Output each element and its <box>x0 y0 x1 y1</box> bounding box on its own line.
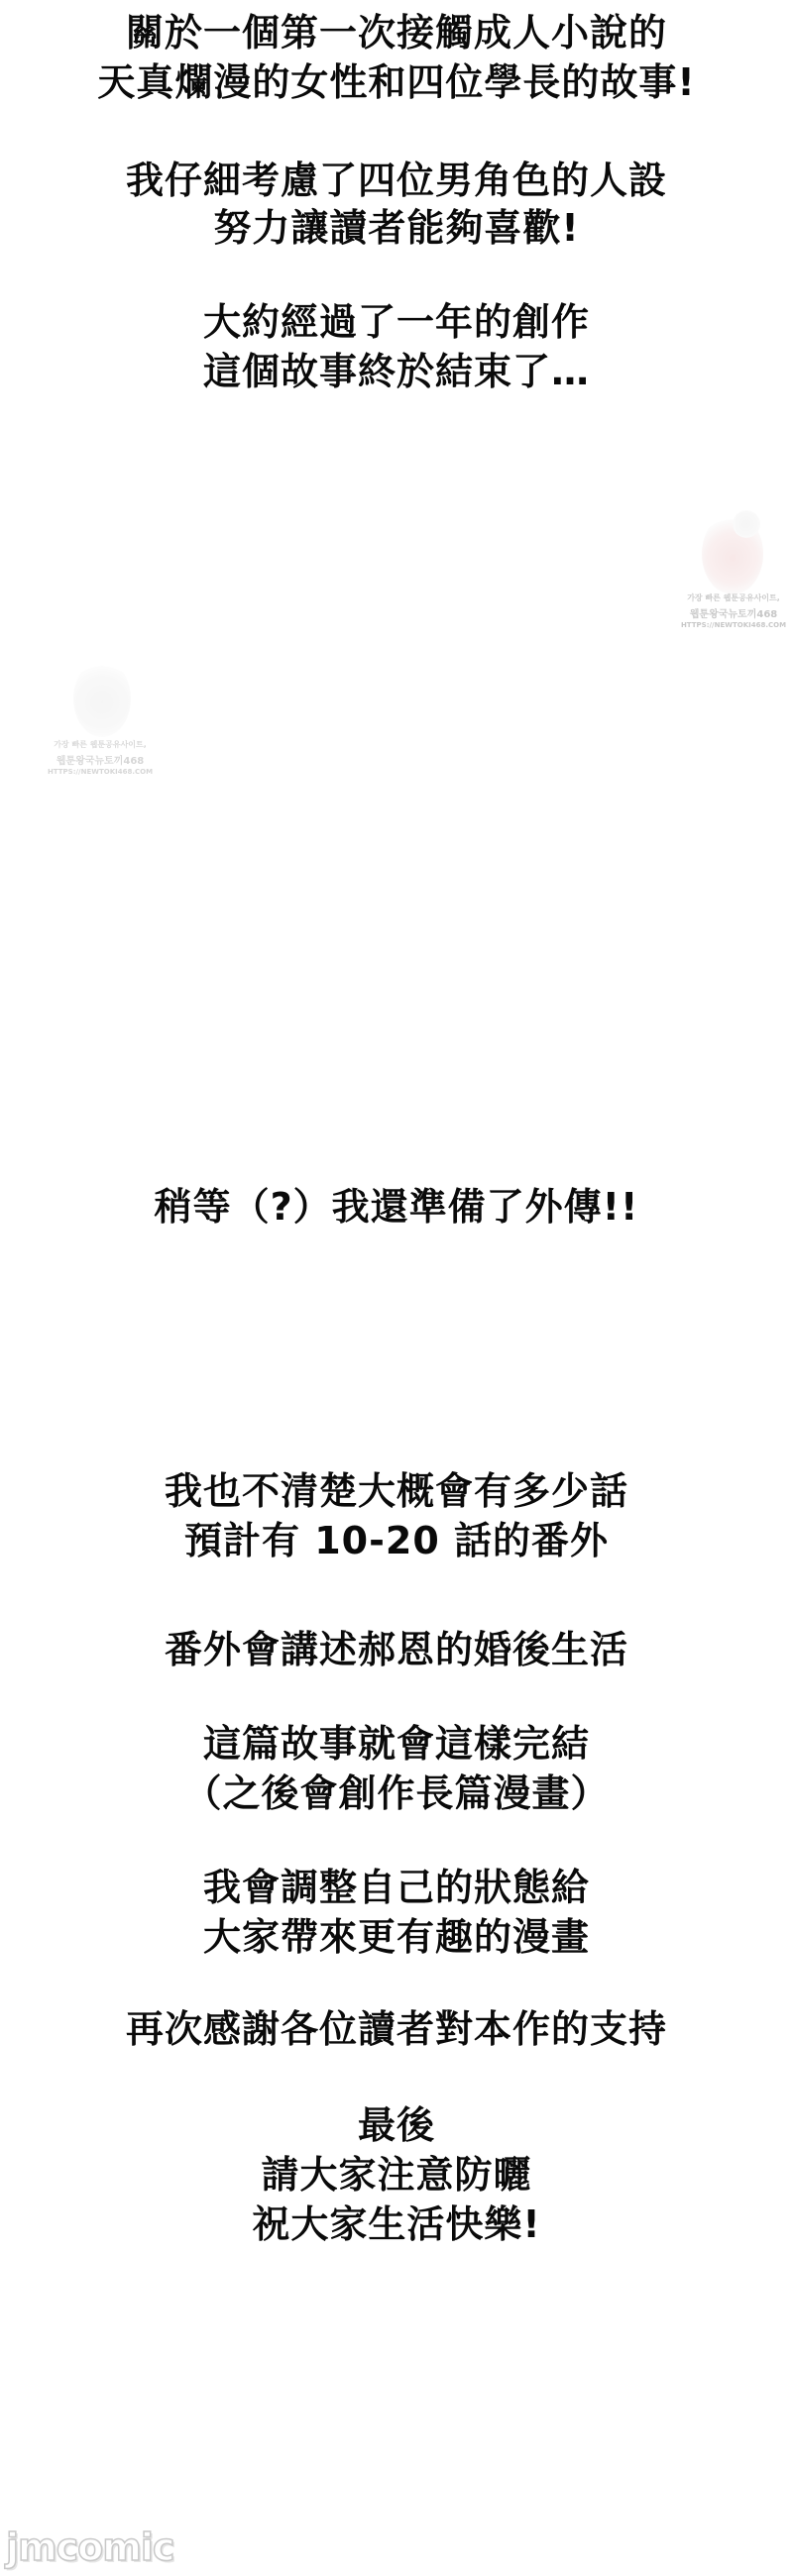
episodes-line-1: 我也不清楚大概會有多少話 <box>0 1466 793 1516</box>
final-line-2: 請大家注意防曬 <box>0 2150 793 2200</box>
content-line: 番外會講述郝恩的婚後生活 <box>0 1625 793 1674</box>
final-line-1: 最後 <box>0 2100 793 2150</box>
watermark-right-line-2: 웹툰왕국뉴토끼468 <box>680 605 787 620</box>
watermark-right: 가장 빠른 웹툰공유사이트, 웹툰왕국뉴토끼468 HTTPS://NEWTOK… <box>680 503 787 647</box>
watermark-left: 가장 빠른 웹툰공유사이트, 웹툰왕국뉴토끼468 HTTPS://NEWTOK… <box>46 654 155 793</box>
finish-line-1: 這篇故事就會這樣完結 <box>0 1719 793 1769</box>
characters-line-1: 我仔細考慮了四位男角色的人設 <box>0 156 793 205</box>
characters-line-2: 努力讓讀者能夠喜歡! <box>0 203 793 253</box>
improve-line-2: 大家帶來更有趣的漫畫 <box>0 1912 793 1962</box>
watermark-left-line-1: 가장 빠른 웹툰공유사이트, <box>46 739 155 750</box>
finish-line-2: （之後會創作長篇漫畫） <box>0 1769 793 1818</box>
improve-line-1: 我會調整自己的狀態給 <box>0 1863 793 1912</box>
watermark-left-line-2: 웹툰왕국뉴토끼468 <box>46 752 155 767</box>
watermark-right-line-1: 가장 빠른 웹툰공유사이트, <box>680 592 787 603</box>
intro-line-1: 關於一個第一次接觸成人小說的 <box>0 8 793 57</box>
jmcomic-logo: jmcomic <box>6 2526 199 2568</box>
watermark-bunny-ears-icon <box>732 507 761 541</box>
watermark-left-line-3: HTTPS://NEWTOKI468.COM <box>46 768 155 776</box>
intro-line-2: 天真爛漫的女性和四位學長的故事! <box>0 57 793 107</box>
episodes-line-2: 預計有 10-20 話的番外 <box>0 1516 793 1565</box>
ending-line-2: 這個故事終於結束了… <box>0 347 793 396</box>
ending-line-1: 大約經過了一年的創作 <box>0 297 793 347</box>
thanks-line: 再次感謝各位讀者對本作的支持 <box>0 2004 793 2054</box>
sidestory-line: 稍等（?）我還準備了外傳!! <box>0 1182 793 1232</box>
watermark-right-line-3: HTTPS://NEWTOKI468.COM <box>680 621 787 629</box>
final-line-3: 祝大家生活快樂! <box>0 2200 793 2249</box>
watermark-character-icon <box>73 660 131 737</box>
